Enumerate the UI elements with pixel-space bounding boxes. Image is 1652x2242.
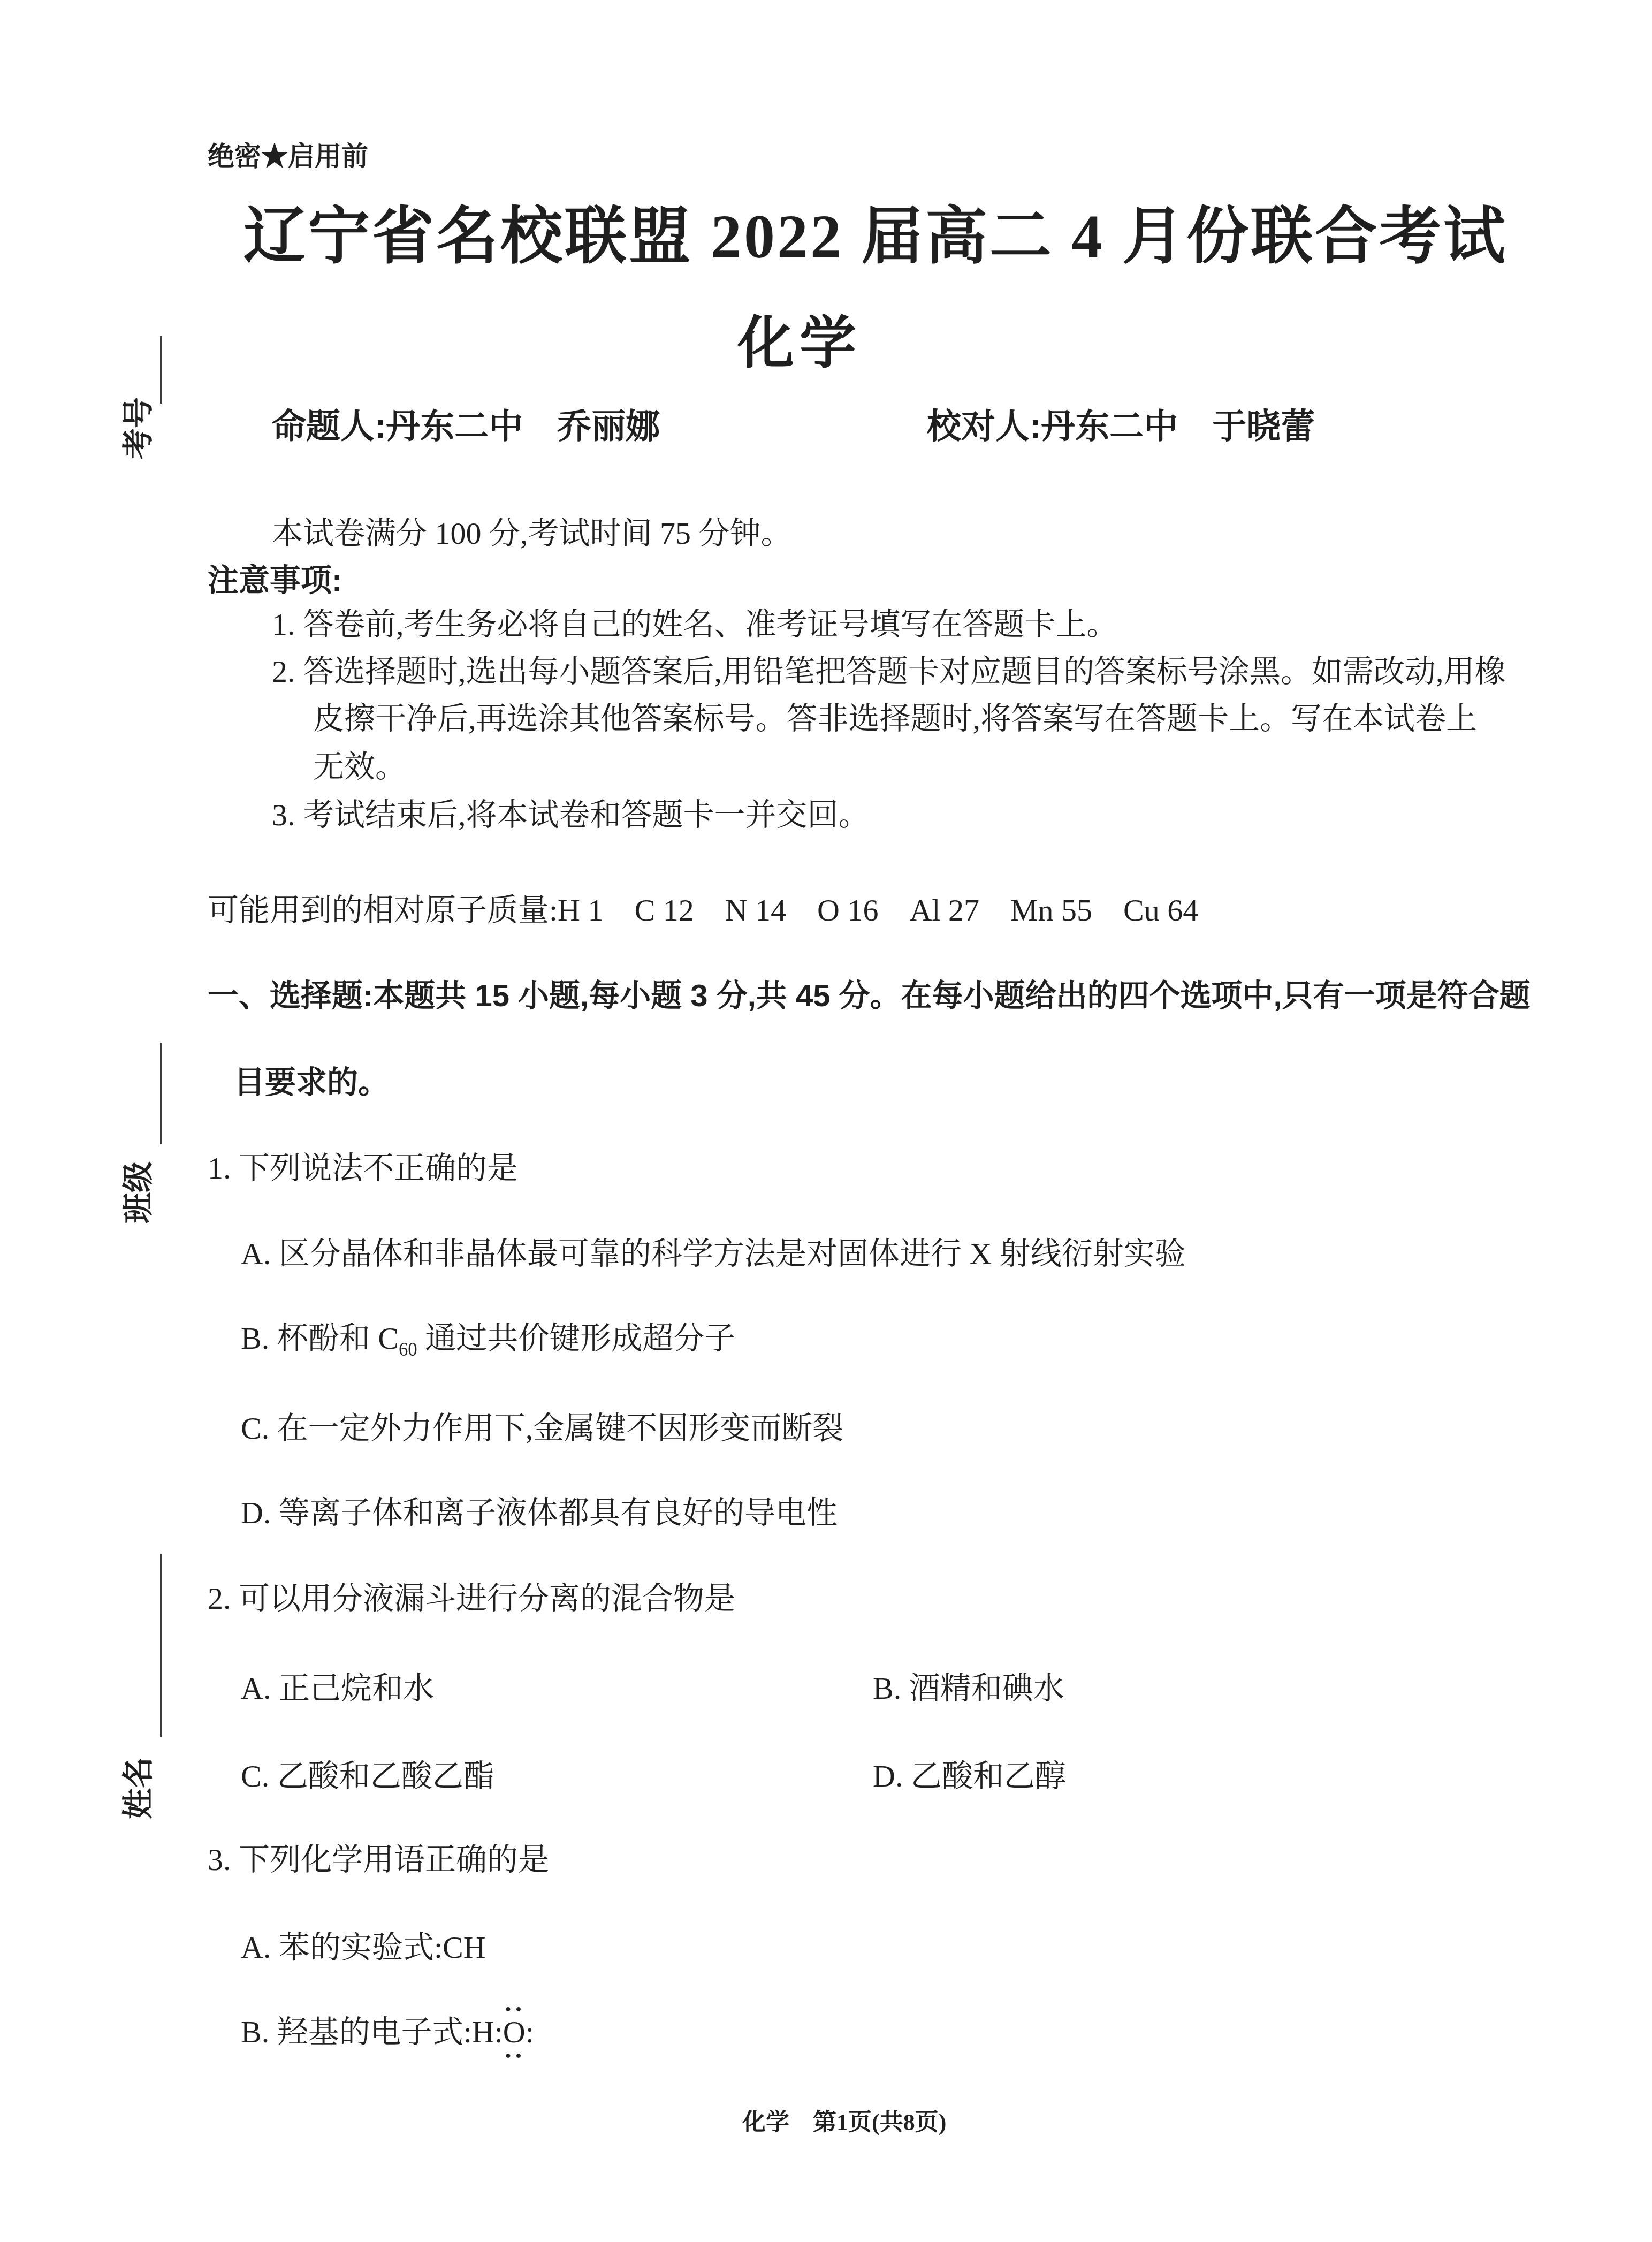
c60-subscript: 60 [399, 1339, 417, 1360]
notice-line-3: 皮擦干净后,再选涂其他答案标号。答非选择题时,将答案写在答题卡上。写在本试卷上 [313, 700, 1477, 738]
question-1-option-c: C. 在一定外力作用下,金属键不因形变而断裂 [241, 1410, 843, 1447]
section-one-heading-line-1: 一、选择题:本题共 15 小题,每小题 3 分,共 45 分。在每小题给出的四个… [208, 977, 1531, 1015]
question-3-stem: 3. 下列化学用语正确的是 [208, 1841, 549, 1879]
question-2-option-a: A. 正己烷和水 [241, 1670, 434, 1707]
sidebar-label-class: 班级 [98, 1155, 173, 1230]
section-one-heading-line-2: 目要求的。 [234, 1064, 389, 1101]
notice-line-5: 3. 考试结束后,将本试卷和答题卡一并交回。 [272, 796, 870, 834]
question-3-option-b-pre: B. 羟基的电子式:H: [241, 2015, 503, 2049]
sidebar-name-fill-line [160, 1554, 162, 1737]
question-1-option-b: B. 杯酚和 C60 通过共价键形成超分子 [241, 1320, 735, 1357]
proofreader-info: 校对人:丹东二中 于晓蕾 [927, 406, 1315, 447]
question-2-stem: 2. 可以用分液漏斗进行分离的混合物是 [208, 1580, 735, 1617]
atomic-mass-line: 可能用到的相对原子质量:H 1 C 12 N 14 O 16 Al 27 Mn … [208, 892, 1198, 929]
subject-title: 化学 [737, 298, 862, 379]
sidebar-label-name-text: 姓名 [113, 1757, 158, 1819]
notice-line-1: 1. 答卷前,考生务必将自己的姓名、准考证号填写在答题卡上。 [272, 606, 1118, 643]
question-3-option-b: B. 羟基的电子式:H:··O··: [241, 2013, 534, 2051]
question-1-stem: 1. 下列说法不正确的是 [208, 1150, 518, 1187]
notice-line-2: 2. 答选择题时,选出每小题答案后,用铅笔把答题卡对应题目的答案标号涂黑。如需改… [272, 653, 1506, 690]
classification-banner: 绝密★启用前 [208, 140, 368, 172]
exam-title: 辽宁省名校联盟 2022 届高二 4 月份联合考试 [243, 186, 1508, 276]
question-3-option-a: A. 苯的实验式:CH [241, 1929, 486, 1966]
question-2-option-b: B. 酒精和碘水 [873, 1670, 1064, 1707]
question-1-option-b-pre: B. 杯酚和 C [241, 1321, 399, 1356]
exam-summary: 本试卷满分 100 分,考试时间 75 分钟。 [272, 515, 792, 552]
page-footer: 化学 第1页(共8页) [742, 2109, 946, 2137]
sidebar-class-fill-line [160, 1043, 162, 1144]
exam-paper-page: 考号 班级 姓名 绝密★启用前 辽宁省名校联盟 2022 届高二 4 月份联合考… [0, 0, 1652, 2242]
notice-line-4: 无效。 [313, 748, 406, 786]
sidebar-label-class-text: 班级 [113, 1161, 158, 1223]
setter-info: 命题人:丹东二中 乔丽娜 [272, 406, 660, 447]
question-1-option-a: A. 区分晶体和非晶体最可靠的科学方法是对固体进行 X 射线衍射实验 [241, 1235, 1186, 1273]
question-2-option-d: D. 乙酸和乙醇 [873, 1758, 1066, 1795]
lewis-structure-oxygen: ··O·· [503, 2017, 526, 2048]
sidebar-label-name: 姓名 [98, 1751, 173, 1826]
question-2-option-c: C. 乙酸和乙酸乙酯 [241, 1758, 494, 1795]
sidebar-label-exam-number: 考号 [98, 391, 173, 466]
sidebar-label-exam-number-text: 考号 [113, 397, 158, 459]
notice-heading: 注意事项: [208, 562, 342, 599]
question-3-option-b-post: : [526, 2015, 534, 2049]
question-1-option-b-post: 通过共价键形成超分子 [417, 1321, 736, 1356]
question-1-option-d: D. 等离子体和离子液体都具有良好的导电性 [241, 1494, 838, 1532]
